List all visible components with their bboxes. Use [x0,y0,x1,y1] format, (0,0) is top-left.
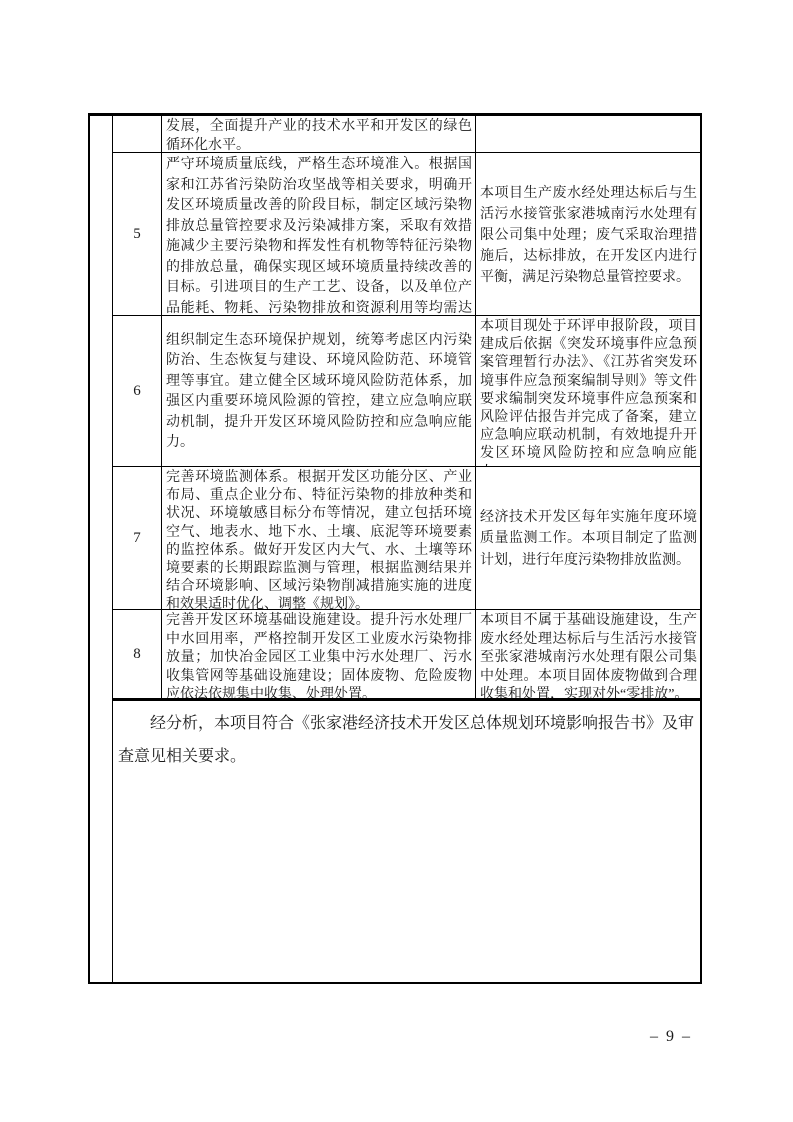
page-number: – 9 – [636,1028,706,1046]
conclusion-text: 经分析，本项目符合《张家港经济技术开发区总体规划环境影响报告书》及审查意见相关要… [118,707,694,773]
compliance-table: 发展，全面提升产业的技术水平和开发区的绿色循环化水平。 5 严守环境质量底线，严… [88,113,702,984]
table-row: 8 完善开发区环境基础设施建设。提升污水处理厂中水回用率，严格控制开发区工业废水… [113,610,700,701]
table-row: 发展，全面提升产业的技术水平和开发区的绿色循环化水平。 [113,116,700,153]
requirement-cell: 组织制定生态环境保护规划，统筹考虑区内污染防治、生态恢复与建设、环境风险防范、环… [162,316,476,466]
response-cell: 经济技术开发区每年实施年度环境质量监测工作。本项目制定了监测计划，进行年度污染物… [476,467,700,609]
response-cell [476,116,700,152]
requirement-cell: 完善环境监测体系。根据开发区功能分区、产业布局、重点企业分布、特征污染物的排放种… [162,467,476,609]
response-cell: 本项目现处于环评申报阶段，项目建成后依据《突发环境事件应急预案管理暂行办法》、《… [476,316,700,466]
row-number: 8 [113,610,162,698]
row-number: 6 [113,316,162,466]
response-cell: 本项目不属于基础设施建设，生产废水经处理达标后与生活污水接管至张家港城南污水处理… [476,610,700,698]
table-row: 6 组织制定生态环境保护规划，统筹考虑区内污染防治、生态恢复与建设、环境风险防范… [113,316,700,467]
conclusion-cell: 经分析，本项目符合《张家港经济技术开发区总体规划环境影响报告书》及审查意见相关要… [113,701,700,982]
response-text: 本项目生产废水经处理达标后与生活污水接管张家港城南污水处理有限公司集中处理；废气… [480,183,697,288]
table-main-area: 发展，全面提升产业的技术水平和开发区的绿色循环化水平。 5 严守环境质量底线，严… [113,116,700,982]
requirement-cell: 发展，全面提升产业的技术水平和开发区的绿色循环化水平。 [162,116,476,152]
table-row: 7 完善环境监测体系。根据开发区功能分区、产业布局、重点企业分布、特征污染物的排… [113,467,700,610]
requirement-cell: 完善开发区环境基础设施建设。提升污水处理厂中水回用率，严格控制开发区工业废水污染… [162,610,476,698]
row-number: 7 [113,467,162,609]
row-number: 5 [113,153,162,315]
row-number [113,116,162,152]
requirement-cell: 严守环境质量底线，严格生态环境准入。根据国家和江苏省污染防治攻坚战等相关要求，明… [162,153,476,315]
requirement-text: 组织制定生态环境保护规划，统筹考虑区内污染防治、生态恢复与建设、环境风险防范、环… [166,331,472,454]
table-row: 5 严守环境质量底线，严格生态环境准入。根据国家和江苏省污染防治攻坚战等相关要求… [113,153,700,316]
document-page: 发展，全面提升产业的技术水平和开发区的绿色循环化水平。 5 严守环境质量底线，严… [0,0,793,1122]
table-side-column [90,116,113,982]
response-cell: 本项目生产废水经处理达标后与生活污水接管张家港城南污水处理有限公司集中处理；废气… [476,153,700,315]
response-text: 经济技术开发区每年实施年度环境质量监测工作。本项目制定了监测计划，进行年度污染物… [480,507,697,572]
